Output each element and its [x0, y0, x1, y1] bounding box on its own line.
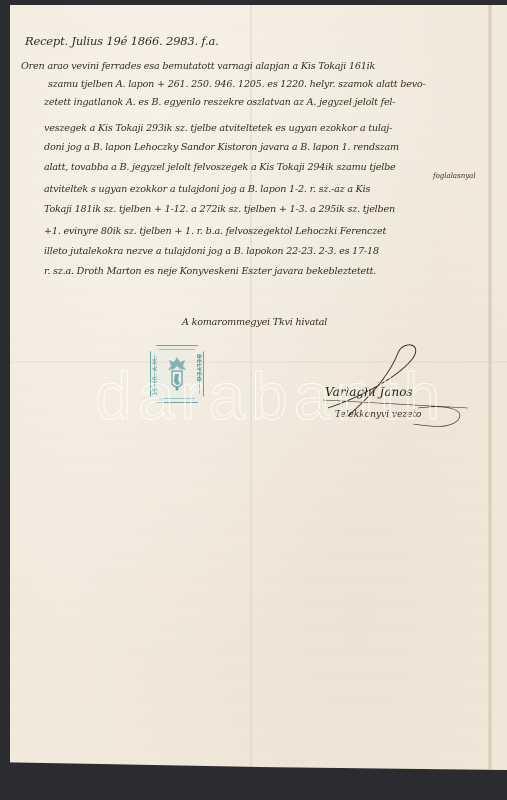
stamp-value-text: 15 KR. A.M.: [152, 356, 159, 396]
body-line-3: zetett ingatlanok A. es B. egyenlo resze…: [44, 94, 395, 112]
body-line-6: alatt, tovabba a B. jegyzel jelolt felvo…: [44, 159, 396, 177]
body-line-11: r. sz.a. Droth Marton es neje Konyvesken…: [44, 263, 376, 281]
body-line-8: Tokaji 181ik sz. tjelben + 1-12. a 272ik…: [44, 201, 395, 219]
body-line-5: doni jog a B. lapon Lehoczky Sandor Kist…: [44, 139, 399, 157]
eagle-coat-of-arms-icon: [165, 354, 189, 394]
body-line-10: illeto jutalekokra nezve a tulajdoni jog…: [44, 243, 379, 261]
scanned-document: Recept. Julius 19é 1866. 2983. f.a. Oren…: [0, 0, 507, 800]
document-header: Recept. Julius 19é 1866. 2983. f.a.: [25, 34, 219, 48]
right-edge-fold: [488, 5, 492, 770]
revenue-stamp: 15 KR. A.M. BELYEG: [150, 345, 204, 403]
body-line-9: +1. evinyre 80ik sz. tjelben + 1. r. b.a…: [44, 223, 386, 241]
body-line-4: veszegek a Kis Tokaji 293ik sz. tjelbe a…: [44, 120, 392, 138]
superscript-annotation: foglalasnyal: [433, 172, 476, 180]
signature-name: Varlaghi Janos: [325, 385, 413, 399]
stamp-label-text: BELYEG: [195, 354, 202, 382]
office-name: A komarommegyei Tkvi hivatal: [182, 317, 327, 328]
body-line-7: atviteltek s ugyan ezokkor a tulajdoni j…: [44, 181, 370, 199]
body-line-2: szamu tjelben A. lapon + 261. 250. 946. …: [48, 76, 426, 94]
signature-title: Telekkonyvi vezeto: [335, 410, 421, 420]
body-line-1: Oren arao vevini ferrades esa bemutatott…: [21, 58, 375, 76]
